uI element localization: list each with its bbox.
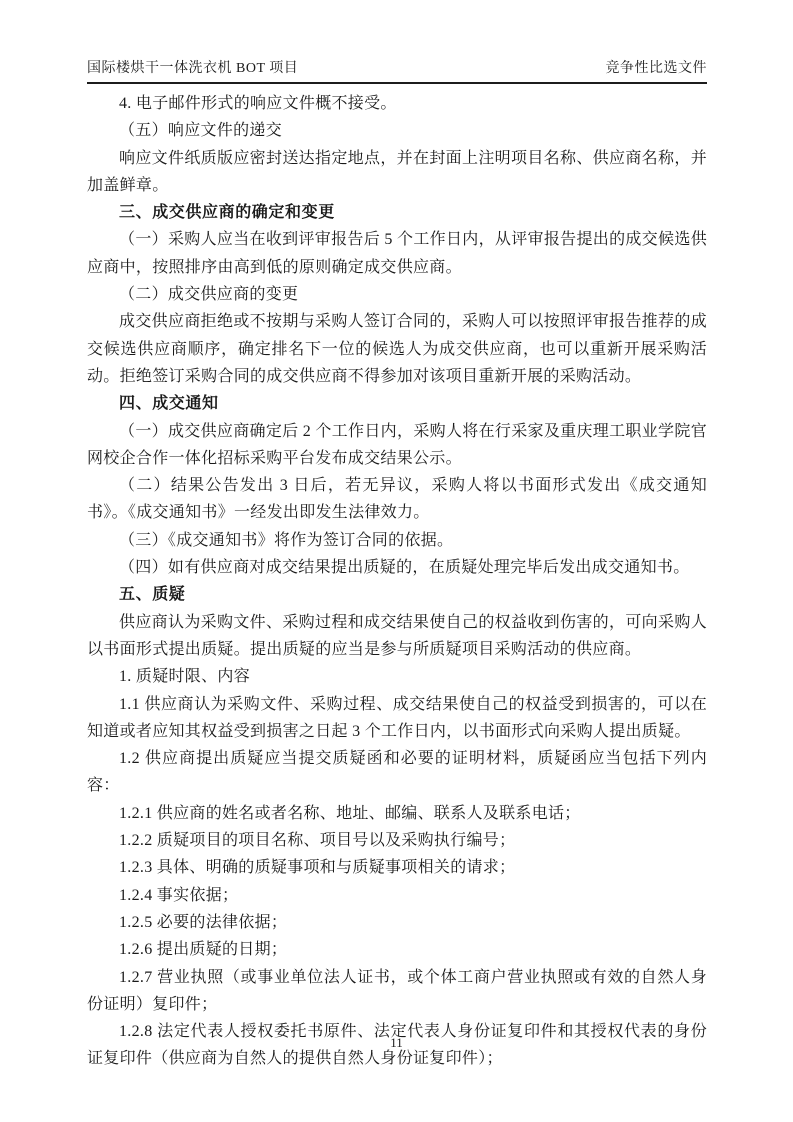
paragraph: 1.2.4 事实依据； xyxy=(87,882,707,909)
paragraph: 1.2 供应商提出质疑应当提交质疑函和必要的证明材料，质疑函应当包括下列内容： xyxy=(87,745,707,800)
paragraph: （一）采购人应当在收到评审报告后 5 个工作日内，从评审报告提出的成交候选供应商… xyxy=(87,226,707,281)
section-heading: 四、成交通知 xyxy=(87,390,707,417)
paragraph: 4. 电子邮件形式的响应文件概不接受。 xyxy=(87,90,707,117)
paragraph: 供应商认为采购文件、采购过程和成交结果使自己的权益收到伤害的，可向采购人以书面形… xyxy=(87,609,707,664)
document-body: 4. 电子邮件形式的响应文件概不接受。 （五）响应文件的递交 响应文件纸质版应密… xyxy=(87,90,707,1073)
section-heading: 三、成交供应商的确定和变更 xyxy=(87,199,707,226)
page-header: 国际楼烘干一体洗衣机 BOT 项目 竞争性比选文件 xyxy=(87,57,707,84)
header-project-title: 国际楼烘干一体洗衣机 BOT 项目 xyxy=(87,57,298,77)
page-footer: 11 xyxy=(0,1035,793,1051)
paragraph: 响应文件纸质版应密封送达指定地点，并在封面上注明项目名称、供应商名称，并加盖鲜章… xyxy=(87,145,707,200)
paragraph: 1.2.6 提出质疑的日期； xyxy=(87,936,707,963)
paragraph: 1. 质疑时限、内容 xyxy=(87,663,707,690)
paragraph: 成交供应商拒绝或不按期与采购人签订合同的，采购人可以按照评审报告推荐的成交候选供… xyxy=(87,308,707,390)
paragraph: （五）响应文件的递交 xyxy=(87,117,707,144)
paragraph: （四）如有供应商对成交结果提出质疑的，在质疑处理完毕后发出成交通知书。 xyxy=(87,554,707,581)
header-doc-type: 竞争性比选文件 xyxy=(606,57,708,77)
paragraph: 1.2.5 必要的法律依据； xyxy=(87,909,707,936)
paragraph: （二）结果公告发出 3 日后，若无异议，采购人将以书面形式发出《成交通知书》。《… xyxy=(87,472,707,527)
paragraph: 1.1 供应商认为采购文件、采购过程、成交结果使自己的权益受到损害的，可以在知道… xyxy=(87,691,707,746)
paragraph: 1.2.7 营业执照（或事业单位法人证书，或个体工商户营业执照或有效的自然人身份… xyxy=(87,964,707,1019)
section-heading: 五、质疑 xyxy=(87,581,707,608)
paragraph: （一）成交供应商确定后 2 个工作日内，采购人将在行采家及重庆理工职业学院官网校… xyxy=(87,418,707,473)
document-page: 国际楼烘干一体洗衣机 BOT 项目 竞争性比选文件 4. 电子邮件形式的响应文件… xyxy=(0,0,793,1122)
page-number: 11 xyxy=(390,1035,403,1050)
paragraph: （二）成交供应商的变更 xyxy=(87,281,707,308)
paragraph: 1.2.2 质疑项目的项目名称、项目号以及采购执行编号； xyxy=(87,827,707,854)
paragraph: （三）《成交通知书》将作为签订合同的依据。 xyxy=(87,527,707,554)
paragraph: 1.2.1 供应商的姓名或者名称、地址、邮编、联系人及联系电话； xyxy=(87,800,707,827)
paragraph: 1.2.3 具体、明确的质疑事项和与质疑事项相关的请求； xyxy=(87,854,707,881)
